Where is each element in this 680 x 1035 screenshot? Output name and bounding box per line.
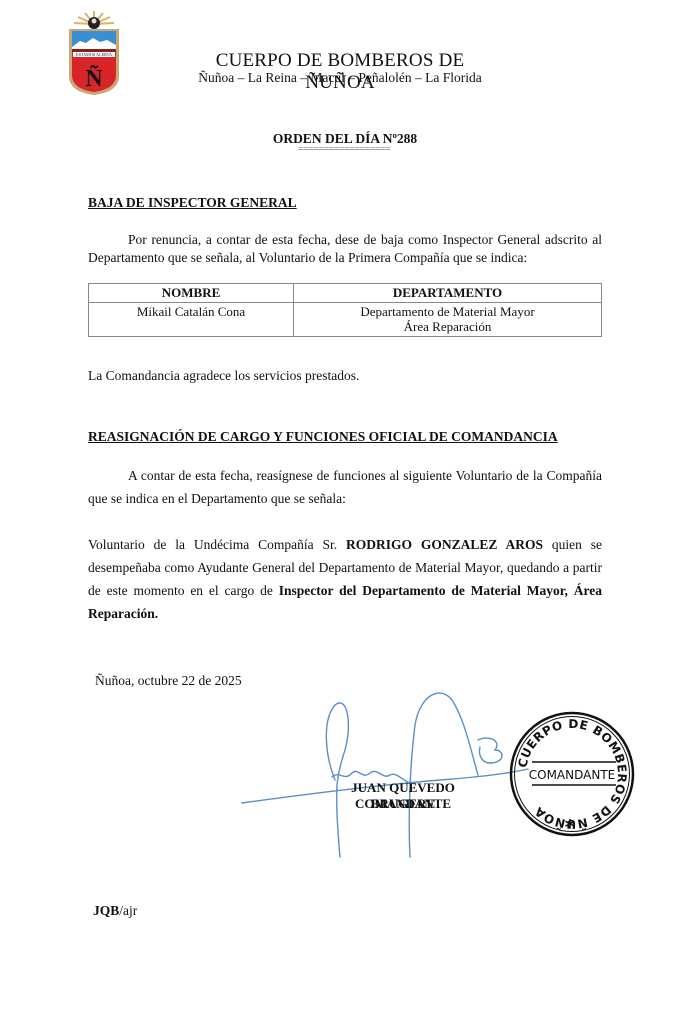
column-header-nombre: NOMBRE (89, 284, 294, 303)
title-rule: ================== (274, 145, 414, 155)
official-seal-stamp-icon: CUERPO DE BOMBEROS DE ÑUÑOA COMANDANTE * (508, 710, 636, 838)
area-line: Área Reparación (298, 319, 597, 334)
section-paragraph-baja: Por renuncia, a contar de esta fecha, de… (88, 231, 602, 267)
section-heading-baja: BAJA DE INSPECTOR GENERAL (88, 195, 297, 211)
organization-communes: Ñuñoa – La Reina – Macul – Peñalolén – L… (180, 70, 500, 86)
paragraph-text: A contar de esta fecha, reasígnese de fu… (88, 468, 602, 506)
place-date: Ñuñoa, octubre 22 de 2025 (95, 673, 242, 689)
section-paragraph-reasignacion: A contar de esta fecha, reasígnese de fu… (88, 464, 602, 510)
departamento-line: Departamento de Material Mayor (298, 304, 597, 319)
initials: JQB/ajr (93, 903, 137, 919)
volunteer-name: RODRIGO GONZALEZ AROS (346, 537, 543, 552)
svg-text:ESTAMOS ALERTA: ESTAMOS ALERTA (76, 52, 112, 57)
thanks-text: La Comandancia agradece los servicios pr… (88, 368, 359, 384)
cell-nombre: Mikail Catalán Cona (89, 303, 294, 337)
cell-departamento: Departamento de Material Mayor Área Repa… (294, 303, 602, 337)
reassignment-detail: Voluntario de la Undécima Compañía Sr. R… (88, 533, 602, 625)
inspector-table: NOMBRE DEPARTAMENTO Mikail Catalán Cona … (88, 283, 602, 337)
section-heading-reasignacion: REASIGNACIÓN DE CARGO Y FUNCIONES OFICIA… (88, 429, 558, 445)
handwritten-signature-icon (240, 685, 530, 860)
initials-typist: /ajr (119, 903, 137, 918)
detail-text-1: Voluntario de la Undécima Compañía Sr. (88, 537, 346, 552)
signer-role: COMANDANTE (318, 796, 488, 812)
table-header-row: NOMBRE DEPARTAMENTO (89, 284, 602, 303)
initials-author: JQB (93, 903, 119, 918)
table-row: Mikail Catalán Cona Departamento de Mate… (89, 303, 602, 337)
svg-text:COMANDANTE: COMANDANTE (529, 768, 616, 782)
paragraph-text: Por renuncia, a contar de esta fecha, de… (88, 232, 602, 265)
fire-department-crest-icon: ESTAMOS ALERTA Ñ (66, 10, 122, 96)
svg-text:*: * (565, 815, 576, 838)
column-header-departamento: DEPARTAMENTO (294, 284, 602, 303)
svg-text:Ñ: Ñ (85, 66, 103, 92)
